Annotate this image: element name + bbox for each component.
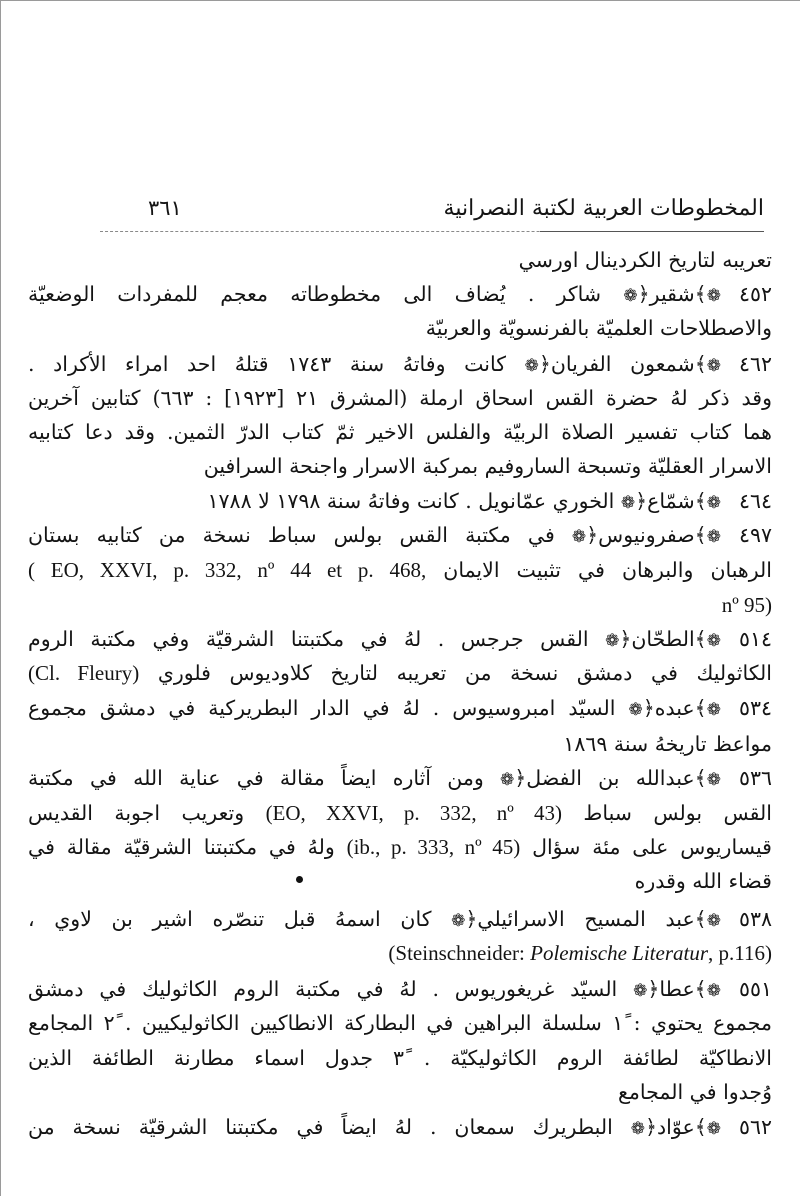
running-title: المخطوطات العربية لكتبة النصرانية [444, 196, 764, 221]
flower-ornament-icon: ❁ [623, 286, 637, 306]
line-text: هما كتاب تفسير الصلاة الربيّة والفلس الا… [28, 420, 772, 444]
flower-ornament-icon: ❁ [525, 356, 539, 376]
latin-citation: (Steinschneider: Polemische Literatur, p… [388, 941, 772, 965]
flower-ornament-icon: ❁ [621, 493, 635, 513]
entry-line: ٥١٤❁﴾الطحّان﴿❁ القس جرجس . لهُ في مكتبتن… [28, 622, 772, 656]
entry-name: ﴾عبده﴿ [643, 696, 707, 720]
text-line: وقد ذكر لهُ حضرة القس اسحاق ارملة (المشر… [28, 381, 772, 415]
entry-name: ﴾عوّاد﴿ [645, 1115, 707, 1139]
latin-citation: ( EO, XXVI, p. 332, nº 44 et p. 468, [28, 558, 426, 582]
entry-name: ﴾عبد المسيح الاسرائيلي﴿ [465, 907, 706, 931]
text-line: الرهبان والبرهان في تثبيت الايمان ( EO, … [28, 553, 772, 587]
entry-number: ٥٣٦ [739, 766, 772, 790]
entry-line: ٥٣٤❁﴾عبده﴿❁ السيّد امبروسيوس . لهُ في ال… [28, 691, 772, 725]
line-text: الانطاكيّة لطائفة الروم الكاثوليكيّة . ٣… [28, 1046, 772, 1070]
line-text: والاصطلاحات العلميّة بالفرنسويّة والعربي… [426, 316, 772, 340]
line-text: الرهبان والبرهان في تثبيت الايمان [443, 558, 772, 582]
text-line: الانطاكيّة لطائفة الروم الكاثوليكيّة . ٣… [28, 1041, 772, 1075]
latin-citation: (ib., p. 333, nº 45) [347, 835, 521, 859]
page-number: ٣٦١ [148, 196, 182, 220]
line-text: ومن آثاره ايضاً مقالة في عناية الله في م… [28, 766, 484, 790]
flower-ornament-icon: ❁ [451, 911, 465, 931]
entry-name: ﴾شقير﴿ [638, 282, 707, 306]
header-rule [540, 231, 764, 232]
line-text: تعريبه لتاريخ الكردينال اورسي [519, 248, 772, 272]
flower-ornament-icon: ❁ [707, 700, 721, 720]
text-line: تعريبه لتاريخ الكردينال اورسي [28, 243, 772, 277]
entry-name: ﴾شمّاع﴿ [635, 489, 707, 513]
text-line: والاصطلاحات العلميّة بالفرنسويّة والعربي… [28, 311, 772, 345]
text-line: وُجدوا في المجامع [28, 1075, 772, 1109]
entry-line: ٥٦٢❁﴾عوّاد﴿❁ البطريرك سمعان . لهُ ايضاً … [28, 1110, 772, 1144]
flower-ornament-icon: ❁ [707, 981, 721, 1001]
entry-name: ﴾عبدالله بن الفضل﴿ [514, 766, 706, 790]
entry-number: ٤٦٢ [739, 352, 772, 376]
line-text: كانت وفاتهُ سنة ١٧٤٣ قتلهُ احد امراء الأ… [28, 352, 506, 376]
flower-ornament-icon: ❁ [707, 770, 721, 790]
line-text: شاكر . يُضاف الى مخطوطاته معجم للمفردات … [28, 282, 601, 306]
line-text: السيّد غريغوريوس . لهُ في مكتبة الروم ال… [28, 977, 617, 1001]
flower-ornament-icon: ❁ [631, 1119, 645, 1139]
latin-citation: (EO, XXVI, p. 332, nº 43) [266, 801, 562, 825]
entry-number: ٥٣٨ [739, 907, 772, 931]
text-line: مجموع يحتوي : ١ً سلسلة البراهين في البطا… [28, 1006, 772, 1040]
entry-line: ٥٣٨❁﴾عبد المسيح الاسرائيلي﴿❁ كان اسمهُ ق… [28, 902, 772, 936]
flower-ornament-icon: ❁ [500, 770, 514, 790]
text-line: قضاء الله وقدره [28, 864, 772, 898]
ink-dot [296, 876, 303, 883]
line-text: مواعظ تاريخهُ سنة ١٨٦٩ [563, 732, 772, 756]
entry-line: ٥٣٦❁﴾عبدالله بن الفضل﴿❁ ومن آثاره ايضاً … [28, 761, 772, 795]
flower-ornament-icon: ❁ [707, 356, 721, 376]
flower-ornament-icon: ❁ [628, 700, 642, 720]
flower-ornament-icon: ❁ [707, 286, 721, 306]
line-text: السيّد امبروسيوس . لهُ في الدار البطريرك… [28, 696, 616, 720]
text-line: (Steinschneider: Polemische Literatur, p… [28, 936, 772, 970]
line-text: الخوري عمّانويل . كانت وفاتهُ سنة ١٧٩٨ ل… [208, 489, 615, 513]
flower-ornament-icon: ❁ [707, 631, 721, 651]
line-text: قيساريوس على مئة سؤال [532, 835, 772, 859]
flower-ornament-icon: ❁ [707, 911, 721, 931]
line-text: وقد ذكر لهُ حضرة القس اسحاق ارملة (المشر… [28, 386, 772, 410]
entry-number: ٥١٤ [739, 627, 772, 651]
line-text: الكاثوليك في دمشق نسخة من تعريبه لتاريخ … [158, 661, 772, 685]
line-text: القس جرجس . لهُ في مكتبتنا الشرقيّة وفي … [28, 627, 589, 651]
text-line: الكاثوليك في دمشق نسخة من تعريبه لتاريخ … [28, 656, 772, 690]
flower-ornament-icon: ❁ [572, 527, 586, 547]
flower-ornament-icon: ❁ [707, 1119, 721, 1139]
latin-citation: (Cl. Fleury) [28, 661, 139, 685]
entry-name: ﴾الطحّان﴿ [619, 627, 706, 651]
text-line: هما كتاب تفسير الصلاة الربيّة والفلس الا… [28, 415, 772, 449]
text-line: مواعظ تاريخهُ سنة ١٨٦٩ [28, 727, 772, 761]
line-text: كان اسمهُ قبل تنصّره اشير بن لاوي ، [28, 907, 431, 931]
text-line: قيساريوس على مئة سؤال (ib., p. 333, nº 4… [28, 830, 772, 864]
text-line: الاسرار العقليّة وتسبحة الساروفيم بمركبة… [28, 449, 772, 483]
entry-name: ﴾شمعون الفريان﴿ [539, 352, 707, 376]
line-text: البطريرك سمعان . لهُ ايضاً في مكتبتنا ال… [28, 1115, 613, 1139]
entry-line: ٤٦٢❁﴾شمعون الفريان﴿❁ كانت وفاتهُ سنة ١٧٤… [28, 347, 772, 381]
latin-citation: nº 95) [722, 593, 772, 617]
entry-number: ٥٥١ [739, 977, 772, 1001]
entry-line: ٤٩٧❁﴾صفرونيوس﴿❁ في مكتبة القس بولس سباط … [28, 518, 772, 552]
entry-number: ٤٩٧ [739, 523, 772, 547]
entry-number: ٥٣٤ [739, 696, 772, 720]
flower-ornament-icon: ❁ [707, 493, 721, 513]
entry-name: ﴾عطا﴿ [647, 977, 706, 1001]
line-text: في مكتبة القس بولس سباط نسخة من كتابيه ب… [28, 523, 555, 547]
line-text: القس بولس سباط [583, 801, 772, 825]
entry-line: ٤٥٢❁﴾شقير﴿❁ شاكر . يُضاف الى مخطوطاته مع… [28, 277, 772, 311]
line-text: قضاء الله وقدره [635, 869, 772, 893]
text-line: nº 95) [28, 588, 772, 622]
entry-line: ٥٥١❁﴾عطا﴿❁ السيّد غريغوريوس . لهُ في مكت… [28, 972, 772, 1006]
entry-number: ٥٦٢ [739, 1115, 772, 1139]
entry-line: ٤٦٤❁﴾شمّاع﴿❁ الخوري عمّانويل . كانت وفات… [28, 484, 772, 518]
scanned-page: المخطوطات العربية لكتبة النصرانية ٣٦١ تع… [0, 0, 800, 1196]
flower-ornament-icon: ❁ [605, 631, 619, 651]
line-text: الاسرار العقليّة وتسبحة الساروفيم بمركبة… [204, 454, 772, 478]
line-text: وُجدوا في المجامع [618, 1080, 772, 1104]
entry-number: ٤٦٤ [739, 489, 772, 513]
entry-name: ﴾صفرونيوس﴿ [586, 523, 707, 547]
flower-ornament-icon: ❁ [707, 527, 721, 547]
text-line: القس بولس سباط (EO, XXVI, p. 332, nº 43)… [28, 796, 772, 830]
line-text: مجموع يحتوي : ١ً سلسلة البراهين في البطا… [28, 1011, 772, 1035]
line-text: وتعريب اجوبة القديس [28, 801, 244, 825]
line-text: ولهُ في مكتبتنا الشرقيّة مقالة في [28, 835, 335, 859]
entry-number: ٤٥٢ [739, 282, 772, 306]
flower-ornament-icon: ❁ [633, 981, 647, 1001]
